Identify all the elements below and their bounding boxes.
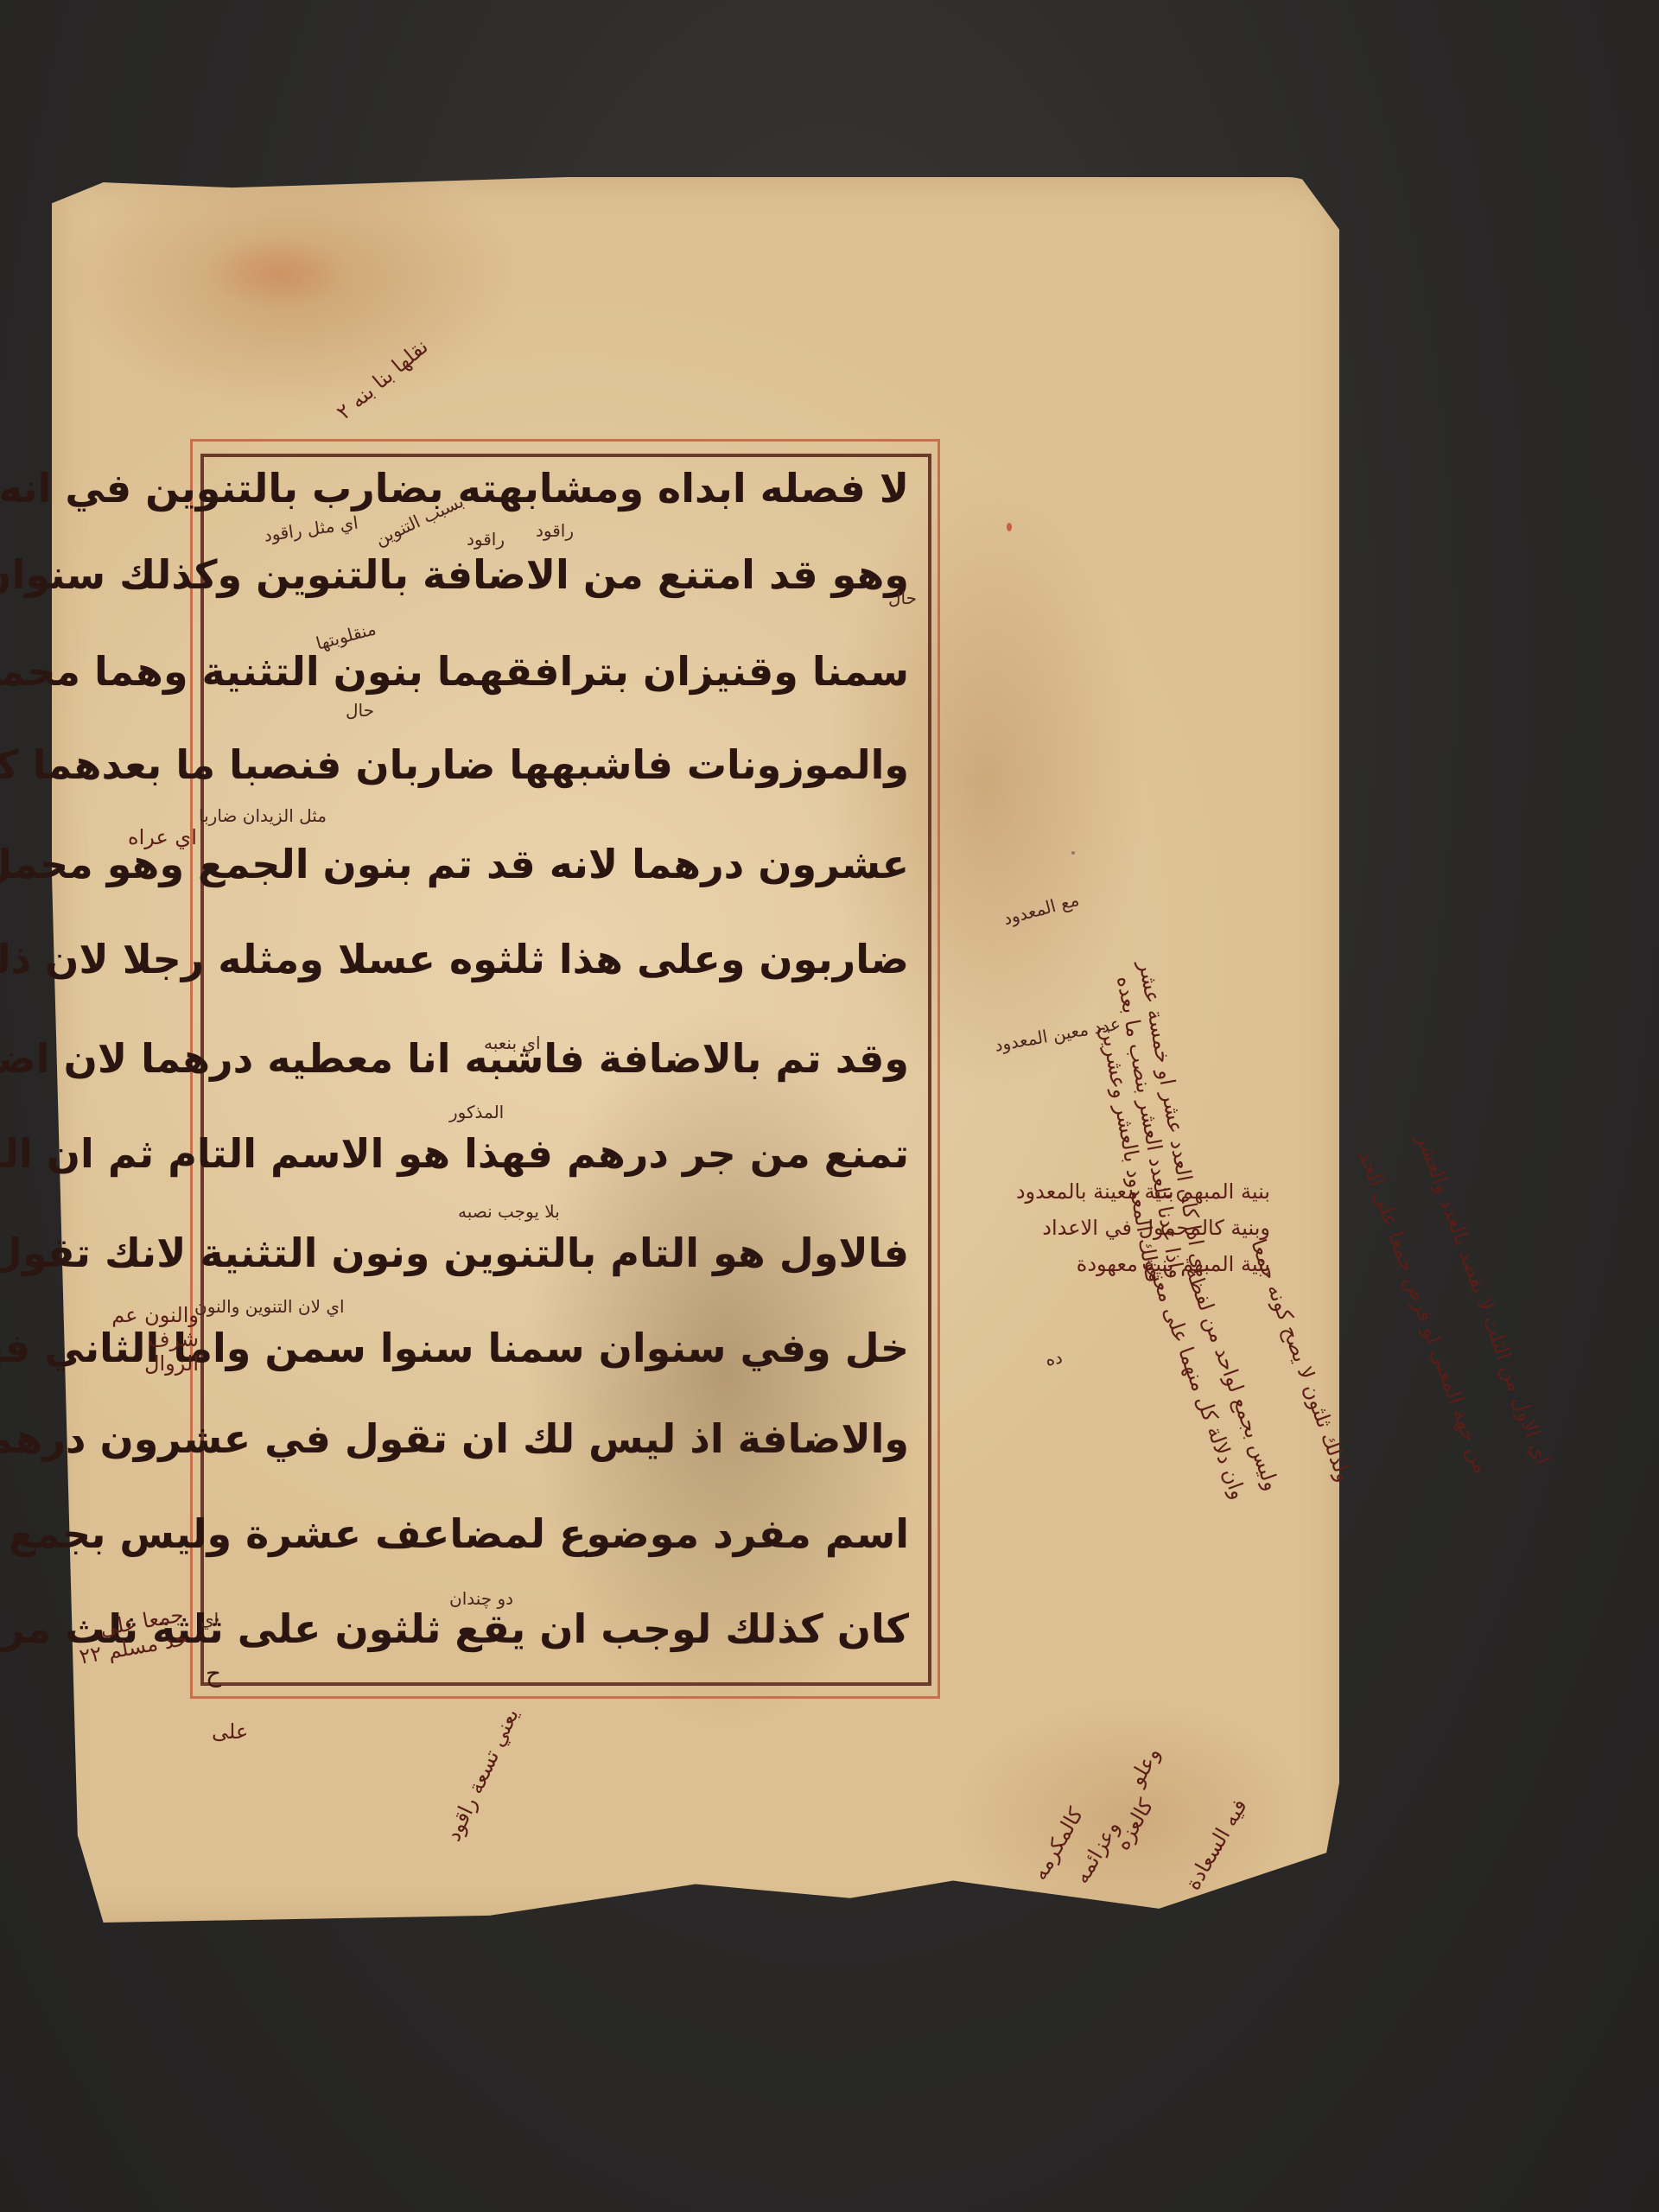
gloss: راقود (467, 529, 505, 550)
marginal-note-left-lower: جمعا على حد مسلم ۲۲ (122, 1602, 190, 1660)
text-line-4: والموزونات فاشبهها ضاربان فنصبا ما بعدهم… (223, 741, 909, 788)
text-line-6: ضاربون وعلى هذا ثلثوه عسلا ومثله رجلا لا… (223, 936, 909, 982)
text-line-1: لا فصله ابداه ومشابهته بضارب بالتنوين في… (223, 465, 909, 512)
gloss: مثل الزيدان ضاربا (199, 805, 327, 826)
gloss: حال (346, 700, 374, 721)
text-line-5: عشرون درهما لانه قد تم بنون الجمع وهو مح… (223, 841, 909, 887)
text-line-2: وهو قد امتنع من الاضافة بالتنوين وكذلك س… (223, 551, 909, 598)
text-line-9: فالاول هو التام بالتنوين ونون التثنية لا… (223, 1230, 909, 1276)
final-mark: ح (206, 1659, 221, 1688)
right-margin-small: ده (1044, 1346, 1064, 1370)
text-line-10: خل وفي سنوان سمنا سنوا سمن واما الثاني ف… (223, 1325, 909, 1371)
gloss: دو چندان (449, 1588, 513, 1609)
gloss: المذكور (449, 1102, 504, 1122)
text-line-12: اسم مفرد موضوع لمضاعف عشرة وليس بجمع على… (223, 1510, 909, 1557)
gloss: اي (200, 1609, 219, 1630)
gloss: اي لان التنوين والنون (194, 1296, 345, 1317)
text-line-11: والاضافة اذ ليس لك ان تقول في عشرون درهم… (223, 1415, 909, 1462)
marginal-note-below-frame: على (212, 1719, 248, 1744)
gloss: راقود (536, 520, 574, 541)
gloss: حال (888, 588, 917, 608)
ink-fleck (1071, 851, 1075, 855)
text-line-3: سمنا وقنيزان بترافقهما بنون التثنية وهما… (223, 648, 909, 695)
text-line-7: وقد تم بالاضافة فاشبه انا معطيه درهما لا… (223, 1035, 909, 1082)
marginal-note-left-block: والنون عم شرف الزوال (138, 1303, 199, 1376)
right-margin-block: بنية المبهم بنية معينة بالمعدود وبنية كا… (959, 1179, 1270, 1276)
rubric-dot (1007, 523, 1012, 531)
text-line-13: كان كذلك لوجب ان يقع ثلثون على ثلثة ثلث … (223, 1605, 909, 1652)
gloss: بلا يوجب نصبه (458, 1201, 560, 1222)
marginal-note-left: اي عراه (128, 825, 197, 849)
gloss: اي بنعبه (484, 1033, 541, 1053)
text-line-8: تمنع من جر درهم فهذا هو الاسم التام ثم ا… (223, 1130, 909, 1177)
